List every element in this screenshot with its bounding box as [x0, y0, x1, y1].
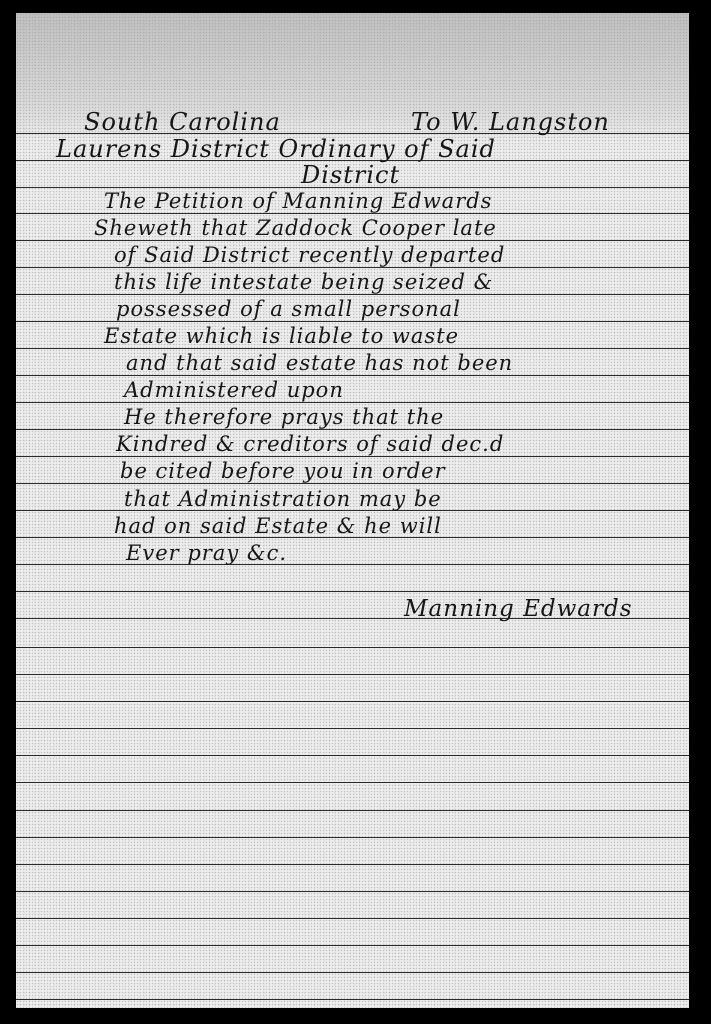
ruled-line — [16, 564, 689, 565]
body-line: this life intestate being seized & — [114, 270, 493, 294]
body-line: and that said estate has not been — [126, 351, 513, 375]
ruled-line — [16, 999, 689, 1000]
body-line: The Petition of Manning Edwards — [104, 189, 492, 213]
heading-state: South Carolina — [84, 108, 281, 136]
ruled-line — [16, 972, 689, 973]
ruled-line — [16, 294, 689, 295]
ruled-line — [16, 837, 689, 838]
ruled-line — [16, 429, 689, 430]
ruled-line — [16, 375, 689, 376]
ruled-line — [16, 728, 689, 729]
body-line: Ever pray &c. — [126, 541, 287, 565]
body-line: Sheweth that Zaddock Cooper late — [94, 216, 497, 240]
heading-district: Laurens District Ordinary of Said — [56, 135, 496, 163]
ruled-line — [16, 701, 689, 702]
body-line: Administered upon — [124, 378, 344, 402]
ruled-line — [16, 213, 689, 214]
ruled-line — [16, 267, 689, 268]
heading-addressee: To W. Langston — [411, 108, 610, 136]
body-line: be cited before you in order — [120, 459, 446, 483]
ruled-line — [16, 782, 689, 783]
document-page: South Carolina To W. Langston Laurens Di… — [16, 13, 689, 1008]
body-line: Estate which is liable to waste — [104, 324, 459, 348]
ruled-line — [16, 864, 689, 865]
ruled-line — [16, 945, 689, 946]
body-line: that Administration may be — [124, 487, 442, 511]
body-line: had on said Estate & he will — [114, 514, 442, 538]
ruled-line — [16, 755, 689, 756]
ruled-line — [16, 674, 689, 675]
body-line: Kindred & creditors of said dec.d — [116, 432, 504, 456]
ruled-line — [16, 483, 689, 484]
ruled-line — [16, 348, 689, 349]
ruled-line — [16, 456, 689, 457]
ruled-line — [16, 591, 689, 592]
ruled-line — [16, 240, 689, 241]
signature: Manning Edwards — [404, 596, 633, 622]
body-line: He therefore prays that the — [124, 405, 444, 429]
ruled-line — [16, 402, 689, 403]
ruled-line — [16, 810, 689, 811]
ruled-line — [16, 891, 689, 892]
ruled-line — [16, 321, 689, 322]
ruled-line — [16, 918, 689, 919]
ruled-line — [16, 647, 689, 648]
heading-district-cont: District — [301, 161, 400, 189]
body-line: of Said District recently departed — [114, 243, 505, 267]
body-line: possessed of a small personal — [116, 297, 461, 321]
